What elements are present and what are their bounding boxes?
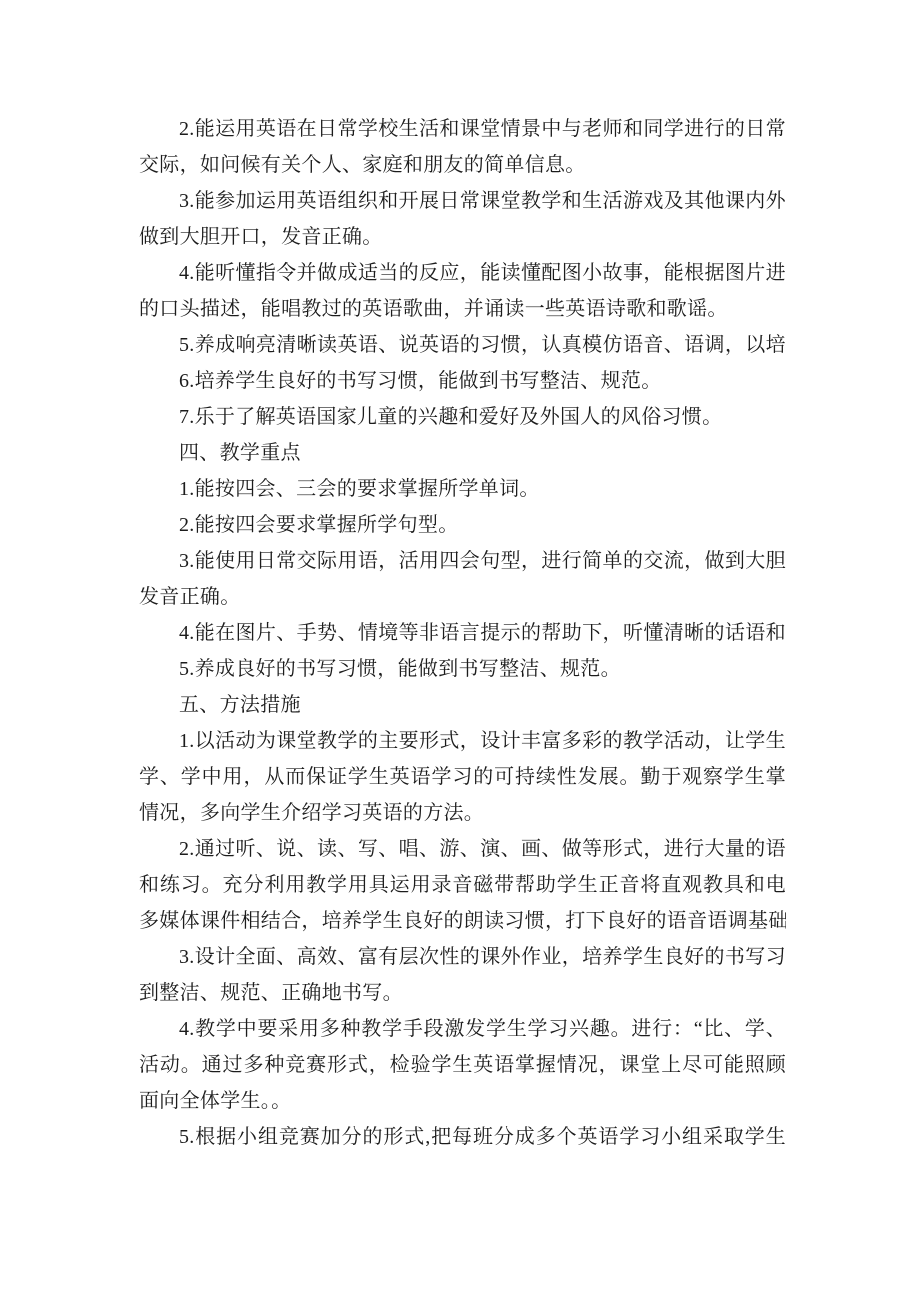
text-line: 3.能使用日常交际用语，活用四会句型，进行简单的交流，做到大胆开口， (139, 543, 786, 579)
text-line: 五、方法措施 (139, 687, 786, 723)
text-line: 3.设计全面、高效、富有层次性的课外作业，培养学生良好的书写习惯，做 (139, 939, 786, 975)
text-line: 活动。通过多种竞赛形式，检验学生英语掌握情况，课堂上尽可能照顾后进生， (139, 1047, 786, 1083)
text-line: 5.养成良好的书写习惯，能做到书写整洁、规范。 (139, 651, 786, 687)
text-line: 四、教学重点 (139, 435, 786, 471)
text-line: 2.能运用英语在日常学校生活和课堂情景中与老师和同学进行的日常口头 (139, 111, 786, 147)
text-line: 发音正确。 (139, 579, 786, 615)
text-line: 1.能按四会、三会的要求掌握所学单词。 (139, 471, 786, 507)
text-line: 学、学中用，从而保证学生英语学习的可持续性发展。勤于观察学生掌握知识的 (139, 759, 786, 795)
text-line: 交际，如问候有关个人、家庭和朋友的简单信息。 (139, 147, 786, 183)
document-body: 2.能运用英语在日常学校生活和课堂情景中与老师和同学进行的日常口头交际，如问候有… (139, 111, 786, 1155)
text-line: 1.以活动为课堂教学的主要形式，设计丰富多彩的教学活动，让学生在乐中 (139, 723, 786, 759)
text-line: 4.教学中要采用多种教学手段激发学生学习兴趣。进行：“比、学、赶、帮” (139, 1011, 786, 1047)
text-line: 多媒体课件相结合，培养学生良好的朗读习惯，打下良好的语音语调基础。 (139, 903, 786, 939)
text-line: 2.通过听、说、读、写、唱、游、演、画、做等形式，进行大量的语言操练 (139, 831, 786, 867)
document-page: 2.能运用英语在日常学校生活和课堂情景中与老师和同学进行的日常口头交际，如问候有… (0, 0, 920, 1302)
text-line: 7.乐于了解英语国家儿童的兴趣和爱好及外国人的风俗习惯。 (139, 399, 786, 435)
text-line: 3.能参加运用英语组织和开展日常课堂教学和生活游戏及其他课内外活动， (139, 183, 786, 219)
text-line: 4.能听懂指令并做成适当的反应，能读懂配图小故事，能根据图片进行简要 (139, 255, 786, 291)
text-line: 的口头描述，能唱教过的英语歌曲，并诵读一些英语诗歌和歌谣。 (139, 291, 786, 327)
text-line: 6.培养学生良好的书写习惯，能做到书写整洁、规范。 (139, 363, 786, 399)
text-line: 2.能按四会要求掌握所学句型。 (139, 507, 786, 543)
text-line: 做到大胆开口，发音正确。 (139, 219, 786, 255)
text-line: 4.能在图片、手势、情境等非语言提示的帮助下，听懂清晰的话语和录音。 (139, 615, 786, 651)
text-line: 5.根据小组竞赛加分的形式,把每班分成多个英语学习小组采取学生自主管 (139, 1119, 786, 1155)
text-line: 面向全体学生。。 (139, 1083, 786, 1119)
text-line: 和练习。充分利用教学用具运用录音磁带帮助学生正音将直观教具和电教手段， (139, 867, 786, 903)
text-line: 情况，多向学生介绍学习英语的方法。 (139, 795, 786, 831)
text-line: 5.养成响亮清晰读英语、说英语的习惯，认真模仿语音、语调，以培养语感。 (139, 327, 786, 363)
text-line: 到整洁、规范、正确地书写。 (139, 975, 786, 1011)
